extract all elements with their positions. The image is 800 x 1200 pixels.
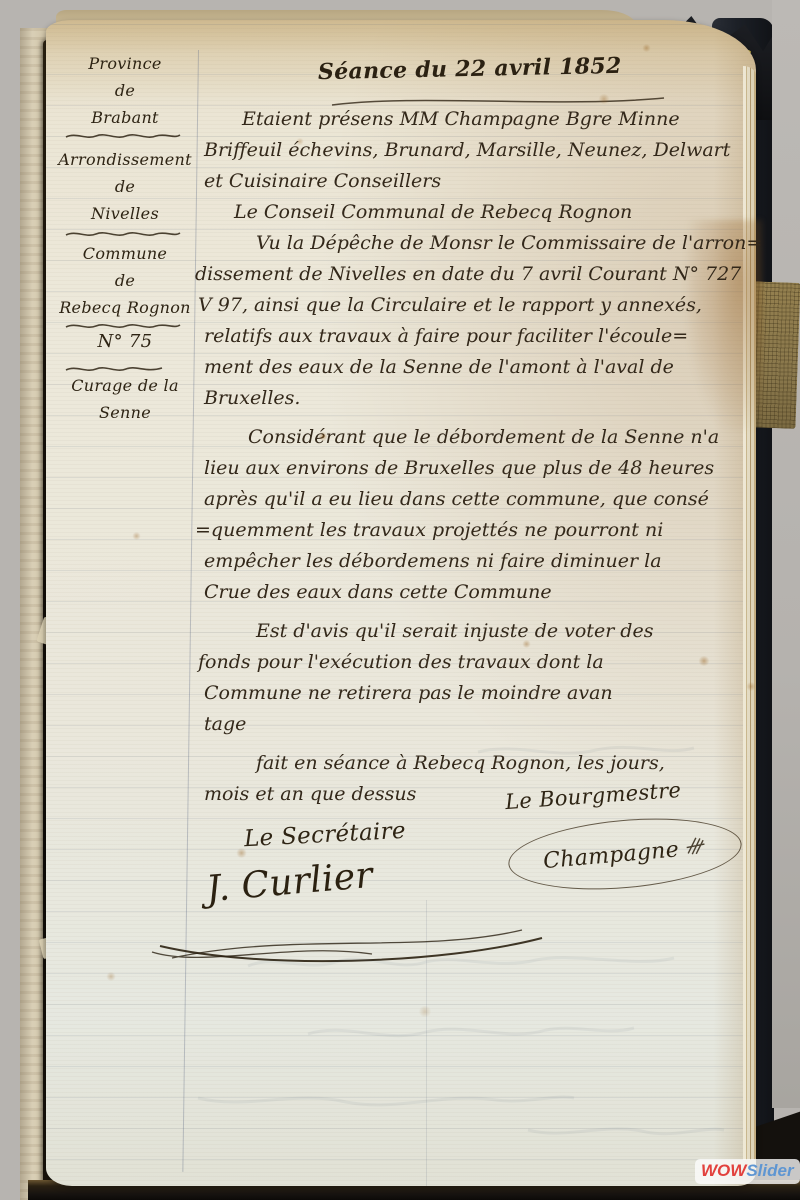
age-spot (642, 44, 651, 52)
margin-note-line: de (52, 77, 198, 104)
body-line: tage (204, 709, 756, 740)
ink-bleedthrough (196, 1086, 576, 1116)
body-line: Briffeuil échevins, Brunard, Marsille, N… (204, 135, 756, 166)
signature-paraph-icon (684, 835, 708, 861)
margin-note-line: Arrondissement (52, 146, 198, 173)
margin-note-province: Province de Brabant (52, 50, 198, 131)
margin-note-line: Commune (52, 240, 198, 267)
body-line: Bruxelles. (204, 383, 756, 414)
body-line: Commune ne retirera pas le moindre avan (204, 678, 756, 709)
margin-note-line: Nivelles (52, 200, 198, 227)
age-spot (132, 532, 141, 540)
manuscript-page: Province de Brabant Arrondissement de Ni… (46, 20, 756, 1186)
ink-bleedthrough (246, 950, 676, 980)
photo-of-register-page: { "photo": { "colors": { "background": "… (0, 0, 800, 1200)
watermark-slider-text: Slider (746, 1161, 793, 1180)
margin-note-commune: Commune de Rebecq Rognon (52, 240, 198, 321)
margin-note-number: N° 75 (52, 328, 198, 355)
bourgmestre-signature-oval: Champagne (505, 810, 744, 898)
margin-note-line: N° 75 (52, 328, 198, 355)
margin-note-line: Senne (52, 399, 198, 426)
body-line: ment des eaux de la Senne de l'amont à l… (204, 352, 756, 383)
margin-note-arrondissement: Arrondissement de Nivelles (52, 146, 198, 227)
age-spot (106, 972, 116, 981)
body-line: Le Conseil Communal de Rebecq Rognon (204, 197, 756, 228)
ink-bleedthrough (526, 1120, 726, 1146)
body-line: =quemment les travaux projettés ne pourr… (195, 515, 756, 546)
ink-bleedthrough (306, 1020, 636, 1050)
body-line: lieu aux environs de Bruxelles que plus … (204, 453, 756, 484)
wowslider-watermark[interactable]: WOWSlider (695, 1159, 800, 1184)
body-line: Considérant que le débordement de la Sen… (204, 422, 756, 453)
body-line: dissement de Nivelles en date du 7 avril… (195, 259, 756, 290)
body-line: empêcher les débordemens ni faire diminu… (204, 546, 756, 577)
secretaire-signature: J. Curlier (205, 855, 375, 910)
body-line: après qu'il a eu lieu dans cette commune… (204, 484, 756, 515)
margin-note-subject: Curage de la Senne (52, 372, 198, 426)
watermark-wow-text: WOW (701, 1161, 746, 1180)
body-line: V 97, ainsi que la Circulaire et le rapp… (198, 290, 756, 321)
body-line: Etaient présens MM Champagne Bgre Minne (204, 104, 756, 135)
margin-note-line: Province (52, 50, 198, 77)
body-line: relatifs aux travaux à faire pour facili… (204, 321, 756, 352)
table-background (772, 0, 800, 1108)
secretaire-title: Le Secrétaire (243, 818, 406, 852)
margin-note-line: de (52, 267, 198, 294)
bourgmestre-signature: Champagne (542, 837, 680, 874)
ink-bleedthrough (476, 740, 696, 766)
body-line: et Cuisinaire Conseillers (204, 166, 756, 197)
body-line: Vu la Dépêche de Monsr le Commissaire de… (204, 228, 756, 259)
body-line: Crue des eaux dans cette Commune (204, 577, 756, 608)
margin-note-line: Curage de la (52, 372, 198, 399)
age-spot (418, 1006, 432, 1017)
minutes-body: Etaient présens MM Champagne Bgre Minne … (204, 104, 756, 810)
session-title: Séance du 22 avril 1852 (318, 53, 622, 85)
body-line: Est d'avis qu'il serait injuste de voter… (204, 616, 756, 647)
margin-note-line: de (52, 173, 198, 200)
body-line: fonds pour l'exécution des travaux dont … (198, 647, 756, 678)
wavy-ink-divider-icon (64, 126, 182, 145)
